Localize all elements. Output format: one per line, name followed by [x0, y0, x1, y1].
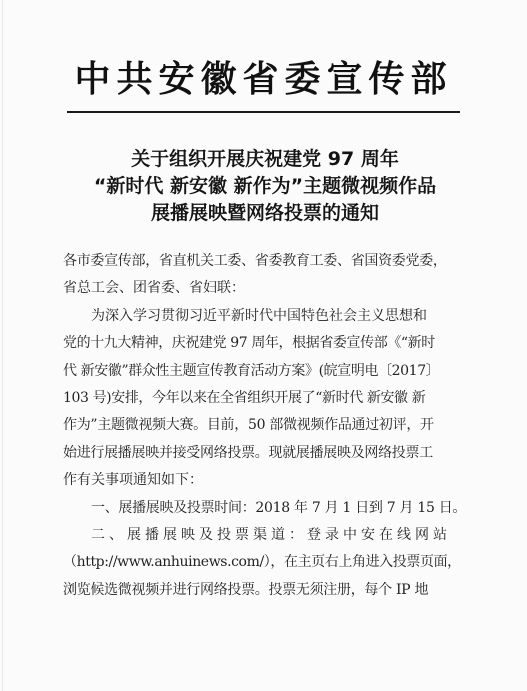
- document-title: 关于组织开展庆祝建党 97 周年 “新时代 新安徽 新作为”主题微视频作品 展播…: [60, 146, 470, 227]
- section-one-line: 一、展播展映及投票时间：2018 年 7 月 1 日到 7 月 15 日。: [63, 495, 441, 522]
- paragraph-line: 党的十九大精神，庆祝建党 97 周年，根据省委宣传部《“新时: [63, 330, 441, 357]
- addressee-line: 各市委宣传部，省直机关工委、省委教育工委、省国资委党委，: [63, 248, 441, 275]
- section-two-line: 二、展播展映及投票渠道：登录中安在线网站: [63, 522, 441, 549]
- paragraph-line: 为深入学习贯彻习近平新时代中国特色社会主义思想和: [63, 303, 441, 330]
- document-page: 中共安徽省委宣传部 关于组织开展庆祝建党 97 周年 “新时代 新安徽 新作为”…: [0, 0, 527, 691]
- header-divider: [67, 111, 460, 113]
- paragraph-line: 103 号)安排，今年以来在全省组织开展了“新时代 新安徽 新: [63, 385, 441, 412]
- paragraph-line: 始进行展播展映并接受网络投票。现就展播展映及网络投票工: [63, 440, 441, 467]
- website-url-line: （http://www.anhuinews.com/），在主页右上角进入投票页面…: [63, 549, 441, 576]
- paragraph-line: 作有关事项通知如下：: [63, 467, 441, 494]
- paragraph-line: 代 新安徽”群众性主题宣传教育活动方案》(皖宣明电〔2017〕: [63, 358, 441, 385]
- title-line: “新时代 新安徽 新作为”主题微视频作品: [60, 173, 470, 200]
- scan-edge: [2, 0, 3, 691]
- addressee-line: 省总工会、团省委、省妇联：: [63, 275, 441, 302]
- title-line: 展播展映暨网络投票的通知: [60, 200, 470, 227]
- paragraph-line: 作为”主题微视频大赛。目前，50 部微视频作品通过初评，开: [63, 412, 441, 439]
- organization-header: 中共安徽省委宣传部: [67, 55, 460, 103]
- document-body: 各市委宣传部，省直机关工委、省委教育工委、省国资委党委， 省总工会、团省委、省妇…: [91, 248, 441, 604]
- paragraph-line: 浏览候选微视频并进行网络投票。投票无须注册，每个 IP 地: [63, 577, 441, 604]
- title-line: 关于组织开展庆祝建党 97 周年: [60, 146, 470, 173]
